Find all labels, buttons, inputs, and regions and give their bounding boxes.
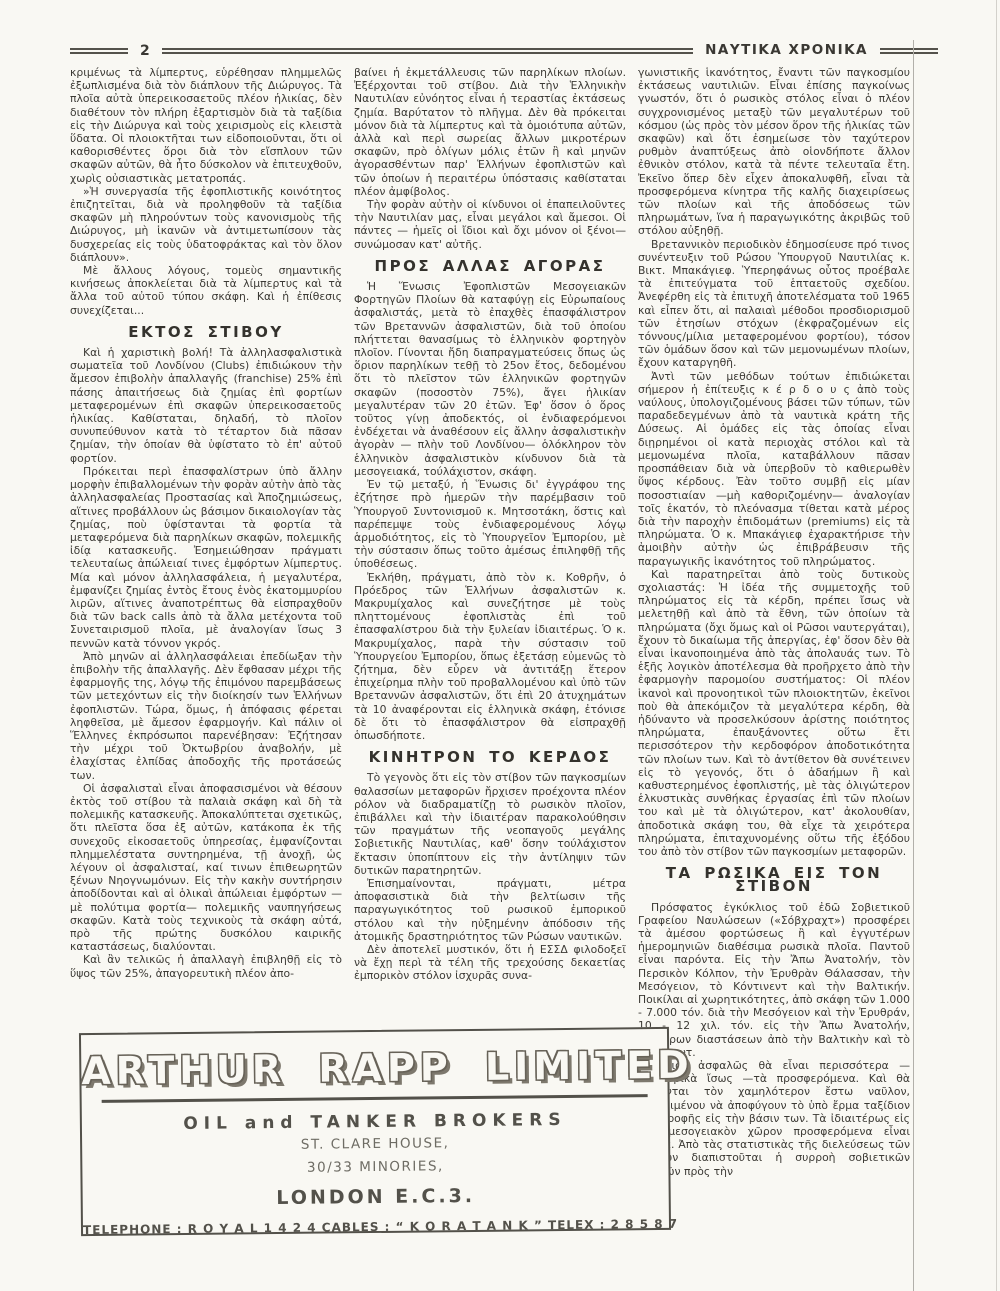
paragraph: κριμένως τὰ λίμπερτυς, εὑρέθησαν πλημμελ… bbox=[70, 66, 342, 185]
paragraph: Ἀπὸ μηνῶν αἱ ἀλληλασφάλειαι ἐπεδίωξαν τὴ… bbox=[70, 650, 342, 782]
ad-city-line: LONDON E.C.3. bbox=[83, 1183, 669, 1211]
paragraph: γωνιστικῆς ἱκανότητος, ἔναντι τῶν παγκοσ… bbox=[638, 66, 910, 238]
paragraph: Ἀντὶ τῶν μεθόδων τούτων ἐπιδιώκεται σήμε… bbox=[638, 370, 910, 568]
newspaper-page: 2 ΝΑΥΤΙΚΑ ΧΡΟΝΙΚΑ κριμένως τὰ λίμπερτυς,… bbox=[0, 0, 1000, 1291]
paragraph: Μὲ ἄλλους λόγους, τομεὺς σημαντικῆς κινή… bbox=[70, 264, 342, 317]
paragraph: »Ἡ συνεργασία τῆς ἐφοπλιστικῆς κοινότητο… bbox=[70, 185, 342, 264]
text-column-2: βαίνει ἡ ἐκμετάλλευσις τῶν παρηλίκων πλο… bbox=[354, 66, 626, 1029]
ad-address-line-1: ST. CLARE HOUSE, bbox=[82, 1133, 668, 1155]
ad-underline-rule bbox=[102, 1094, 648, 1103]
paragraph: Δὲν ἀποτελεῖ μυστικόν, ὅτι ἡ ΕΣΣΔ φιλοδο… bbox=[354, 943, 626, 983]
section-heading: ΕΚΤΟΣ ΣΤΙΒΟΥ bbox=[70, 326, 342, 339]
paragraph: Ἐν τῷ μεταξύ, ἡ Ἕνωσις δι' ἐγγράφου της … bbox=[354, 478, 626, 570]
paragraph: Τὸ γεγονὸς ὅτι εἰς τὸν στίβον τῶν παγκοσ… bbox=[354, 771, 626, 877]
column-margin-rule bbox=[913, 40, 914, 1291]
paragraph: βαίνει ἡ ἐκμετάλλευσις τῶν παρηλίκων πλο… bbox=[354, 66, 626, 198]
publication-title: ΝΑΥΤΙΚΑ ΧΡΟΝΙΚΑ bbox=[705, 44, 868, 58]
ad-company-name: ARTHUR RAPP LIMITED bbox=[81, 1043, 667, 1093]
page-number: 2 bbox=[140, 44, 150, 58]
paragraph: Ἐπισημαίνονται, πράγματι, μέτρα ἀποφασισ… bbox=[354, 877, 626, 943]
ad-address-line-2: 30/33 MINORIES, bbox=[82, 1156, 668, 1178]
page-edge-rule bbox=[996, 0, 997, 1291]
text-column-1: κριμένως τὰ λίμπερτυς, εὑρέθησαν πλημμελ… bbox=[70, 66, 342, 1029]
paragraph: Πρόκειται περὶ ἐπασφαλίστρων ὑπὸ ἄλλην μ… bbox=[70, 465, 342, 650]
paragraph: Καὶ ἂν τελικῶς ἡ ἀπαλλαγὴ ἐπιβληθῇ εἰς τ… bbox=[70, 953, 342, 979]
section-heading: ΤΑ ΡΩΣΙΚΑ ΕΙΣ ΤΟΝ ΣΤΙΒΟΝ bbox=[638, 867, 910, 893]
advertisement-box: ARTHUR RAPP LIMITED OIL and TANKER BROKE… bbox=[79, 1027, 671, 1236]
ad-tagline: OIL and TANKER BROKERS bbox=[82, 1109, 668, 1135]
double-rule bbox=[880, 48, 938, 54]
section-heading: ΚΙΝΗΤΡΟΝ ΤΟ ΚΕΡΔΟΣ bbox=[354, 751, 626, 764]
double-rule bbox=[162, 48, 693, 54]
ad-contact-line: TELEPHONE : R O Y A L 1 4 2 4 CABLES : “… bbox=[83, 1217, 669, 1237]
text-column-3: γωνιστικῆς ἱκανότητος, ἔναντι τῶν παγκοσ… bbox=[638, 66, 910, 1288]
paragraph: Καὶ παρατηρεῖται ἀπὸ τοὺς δυτικοὺς σχολι… bbox=[638, 568, 910, 858]
double-rule bbox=[70, 48, 128, 54]
paragraph: Πρόσφατος ἐγκύκλιος τοῦ ἐδῶ Σοβιετικοῦ Γ… bbox=[638, 901, 910, 1059]
paragraph: Οἱ ἀσφαλισταὶ εἶναι ἀποφασισμένοι νὰ θέσ… bbox=[70, 782, 342, 954]
paragraph: Ἡ Ἕνωσις Ἐφοπλιστῶν Μεσογειακῶν Φορτηγῶν… bbox=[354, 280, 626, 478]
page-header: 2 ΝΑΥΤΙΚΑ ΧΡΟΝΙΚΑ bbox=[70, 44, 938, 58]
section-heading: ΠΡΟΣ ΑΛΛΑΣ ΑΓΟΡΑΣ bbox=[354, 260, 626, 273]
paragraph: Βρεταννικὸν περιοδικὸν ἐδημοσίευσε πρό τ… bbox=[638, 238, 910, 370]
paragraph: Ἐκλήθη, πράγματι, ἀπὸ τὸν κ. Κοθρῆν, ὁ Π… bbox=[354, 571, 626, 743]
paragraph: Τὴν φορὰν αὐτὴν οἱ κίνδυνοι οἱ ἐπαπειλοῦ… bbox=[354, 198, 626, 251]
paragraph: Καὶ ἡ χαριστικὴ βολή! Τὰ ἀλληλασφαλιστικ… bbox=[70, 346, 342, 465]
